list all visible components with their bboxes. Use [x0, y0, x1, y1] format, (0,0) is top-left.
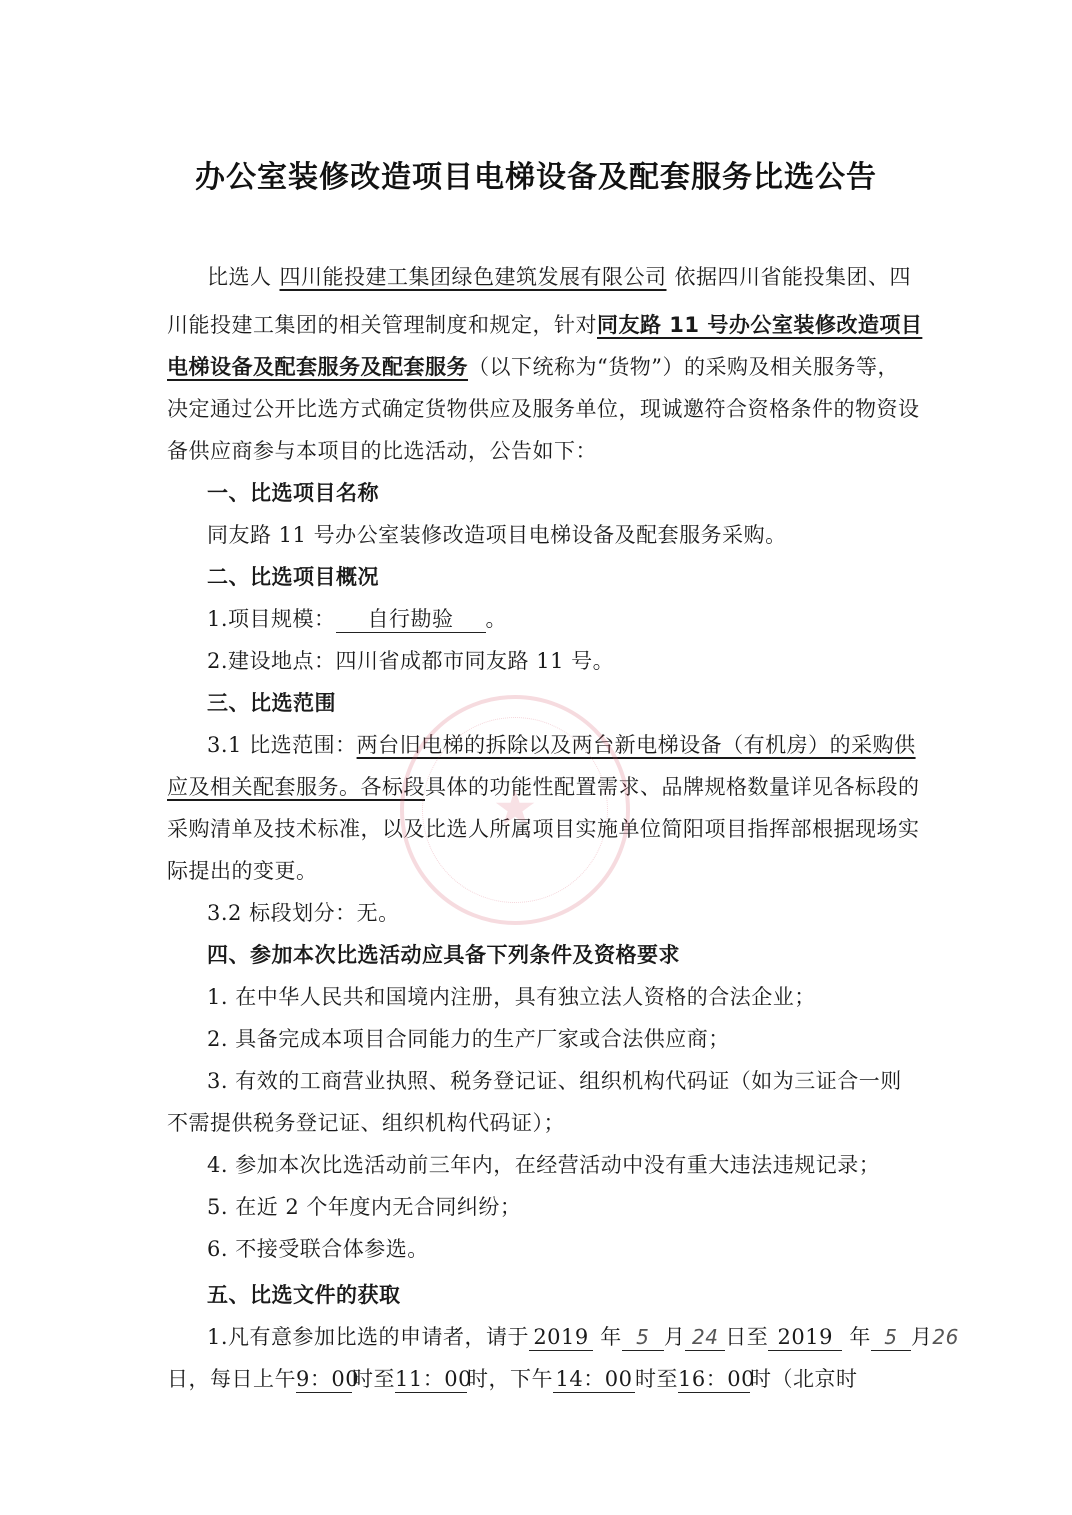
- time-to-label: 时至: [352, 1367, 395, 1391]
- requirement-item: 4. 参加本次比选活动前三年内，在经营活动中没有重大违法违规记录；: [207, 1150, 952, 1180]
- requirement-item: 6. 不接受联合体参选。: [207, 1234, 952, 1264]
- month-label: 月: [911, 1325, 933, 1349]
- project-scale-value: 自行勘验: [336, 606, 486, 633]
- time-to-label: 时至: [635, 1367, 678, 1391]
- requirement-item: 2. 具备完成本项目合同能力的生产厂家或合法供应商；: [207, 1024, 952, 1054]
- acquisition-text: 时（北京时: [750, 1367, 858, 1391]
- pm-start-time: 14：00: [553, 1366, 635, 1393]
- scope-text-underlined-cont: 应及相关配套服务。各标段: [167, 775, 425, 799]
- section-1-heading: 一、比选项目名称: [207, 478, 952, 508]
- section-2-heading: 二、比选项目概况: [207, 562, 952, 592]
- intro-line-3: 电梯设备及配套服务及配套服务（以下统称为“货物”）的采购及相关服务等，: [167, 352, 912, 382]
- document-title: 办公室装修改造项目电梯设备及配套服务比选公告: [0, 152, 1072, 196]
- end-year: 2019: [768, 1324, 842, 1351]
- acquisition-text: 1.凡有意参加比选的申请者，请于: [207, 1325, 529, 1349]
- project-scale-label: 1.项目规模：: [207, 607, 336, 631]
- scope-text-underlined: 两台旧电梯的拆除以及两台新电梯设备（有机房）的采购供: [357, 733, 916, 757]
- end-day-handwritten: 26: [932, 1325, 958, 1349]
- punctuation: 。: [486, 607, 508, 631]
- section-4-heading: 四、参加本次比选活动应具备下列条件及资格要求: [207, 940, 952, 970]
- am-end-time: 11：00: [395, 1366, 467, 1393]
- acquisition-text: 日，每日上午: [167, 1367, 296, 1391]
- scope-line-3: 采购清单及技术标准，以及比选人所属项目实施单位简阳项目指挥部根据现场实: [167, 814, 912, 844]
- requirement-item: 3. 有效的工商营业执照、税务登记证、组织机构代码证（如为三证合一则: [207, 1066, 952, 1096]
- intro-line-2: 川能投建工集团的相关管理制度和规定，针对同友路 11 号办公室装修改造项目: [167, 310, 912, 340]
- am-start-time: 9：00: [296, 1366, 352, 1393]
- project-name-highlight: 同友路 11 号办公室装修改造项目: [597, 313, 922, 337]
- intro-bidder-label: 比选人: [207, 265, 272, 289]
- intro-line-1: 比选人四川能投建工集团绿色建筑发展有限公司依据四川省能投集团、四: [207, 262, 952, 292]
- section-1-body: 同友路 11 号办公室装修改造项目电梯设备及配套服务采购。: [207, 520, 952, 550]
- year-label: 年: [849, 1325, 871, 1349]
- bidder-company: 四川能投建工集团绿色建筑发展有限公司: [272, 265, 675, 289]
- intro-text: 依据四川省能投集团、四: [675, 265, 912, 289]
- intro-line-5: 备供应商参与本项目的比选活动，公告如下：: [167, 436, 912, 466]
- scope-line-1: 3.1 比选范围：两台旧电梯的拆除以及两台新电梯设备（有机房）的采购供: [207, 730, 952, 760]
- requirement-item: 5. 在近 2 个年度内无合同纠纷；: [207, 1192, 952, 1222]
- pm-label: 时，下午: [467, 1367, 553, 1391]
- start-day-handwritten: 24: [685, 1324, 725, 1351]
- scope-line-2: 应及相关配套服务。各标段具体的功能性配置需求、品牌规格数量详见各标段的: [167, 772, 912, 802]
- requirement-item-cont: 不需提供税务登记证、组织机构代码证）；: [167, 1108, 912, 1138]
- project-name-highlight-cont: 电梯设备及配套服务及配套服务: [167, 355, 468, 379]
- month-label: 月: [664, 1325, 686, 1349]
- scope-text: 具体的功能性配置需求、品牌规格数量详见各标段的: [425, 775, 920, 799]
- start-month-handwritten: 5: [622, 1324, 664, 1351]
- requirement-item: 1. 在中华人民共和国境内注册，具有独立法人资格的合法企业；: [207, 982, 952, 1012]
- start-year: 2019: [529, 1324, 593, 1351]
- section-5-heading: 五、比选文件的获取: [207, 1280, 952, 1310]
- section-3-heading: 三、比选范围: [207, 688, 952, 718]
- project-location: 2.建设地点：四川省成都市同友路 11 号。: [207, 646, 952, 676]
- intro-text: （以下统称为“货物”）的采购及相关服务等，: [468, 355, 899, 379]
- end-month-handwritten: 5: [871, 1324, 911, 1351]
- pm-end-time: 16：00: [678, 1366, 750, 1393]
- lot-division: 3.2 标段划分：无。: [207, 898, 952, 928]
- acquisition-hours: 日，每日上午9：00时至11：00时，下午14：00时至16：00时（北京时: [167, 1364, 912, 1394]
- date-to-label: 日至: [725, 1325, 768, 1349]
- year-label: 年: [600, 1325, 622, 1349]
- project-scale: 1.项目规模：自行勘验。: [207, 604, 952, 634]
- scope-label: 3.1 比选范围：: [207, 733, 357, 757]
- intro-text: 川能投建工集团的相关管理制度和规定，针对: [167, 313, 597, 337]
- acquisition-dates: 1.凡有意参加比选的申请者，请于2019 年5月24日至2019 年5月26: [207, 1322, 952, 1352]
- intro-line-4: 决定通过公开比选方式确定货物供应及服务单位，现诚邀符合资格条件的物资设: [167, 394, 912, 424]
- document-page: 办公室装修改造项目电梯设备及配套服务比选公告 比选人四川能投建工集团绿色建筑发展…: [0, 0, 1072, 1515]
- scope-line-4: 际提出的变更。: [167, 856, 912, 886]
